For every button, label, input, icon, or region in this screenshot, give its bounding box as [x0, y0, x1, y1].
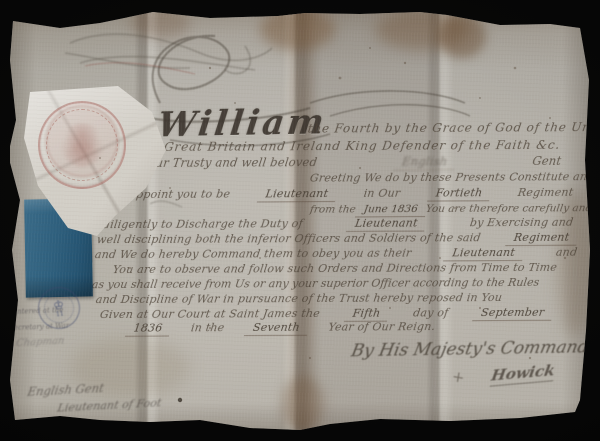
engraved-text: and — [555, 246, 578, 261]
pen-cross-mark: + — [451, 367, 467, 387]
command-line: By His Majesty's Command — [350, 337, 591, 361]
stain — [260, 8, 335, 50]
stain — [438, 14, 486, 58]
engraved-text: by Exercising and — [469, 216, 574, 232]
engraved-text: in the — [190, 321, 225, 336]
manuscript-insertion: English — [393, 154, 456, 170]
engraved-text: diligently to Discharge the Duty of — [102, 217, 304, 233]
engraved-text: Year of Our Reign. — [327, 320, 436, 336]
stain — [282, 376, 324, 434]
engraved-text: from the — [309, 203, 357, 217]
commission-text-line: 1836 in the Seventh Year of Our Reign. — [104, 320, 436, 337]
manuscript-insertion: Fortieth — [427, 186, 492, 201]
manuscript-insertion: Seventh — [244, 321, 309, 336]
engraved-text: of Great Britain and Ireland King Defend… — [145, 138, 561, 154]
photo-background: William the Fourth by the Grace of God o… — [0, 0, 600, 441]
endorsement-line-2: Lieutenant of Foot — [56, 396, 162, 414]
embossed-royal-seal — [38, 101, 126, 189]
clerk-signature: Chapman — [15, 336, 65, 350]
manuscript-insertion: Lieutenant — [346, 217, 427, 232]
engraved-text — [104, 322, 106, 337]
engraved-text: and We do hereby Command them to obey yo… — [94, 247, 412, 264]
crown-icon: ♔ — [52, 298, 64, 311]
engraved-text: the Fourth by the Grace of God of the Un… — [307, 120, 600, 136]
commission-text-line: Appoint you to be Lieutenant in Our Fort… — [127, 186, 574, 203]
commission-text-line: Our Trusty and well beloved English Gent — [145, 154, 562, 172]
commission-document: William the Fourth by the Grace of God o… — [10, 8, 592, 434]
manuscript-insertion: Lieutenant — [443, 246, 524, 261]
commission-text-line: You are to observe and follow such Order… — [112, 261, 576, 276]
engraved-text: You are to observe and follow such Order… — [112, 261, 558, 276]
manuscript-insertion: 1836 — [124, 322, 171, 337]
commission-text-line: the Fourth by the Grace of God of the Un… — [307, 120, 571, 135]
commission-text-line: and Discipline of War in pursuance of th… — [95, 291, 559, 306]
engraved-text: Gent — [531, 154, 562, 170]
commission-text-line: as you shall receive from Us or any your… — [91, 276, 579, 292]
engraved-text: Regiment — [517, 186, 574, 201]
manuscript-insertion: Regiment — [505, 231, 578, 246]
commission-text-line: of Great Britain and Ireland King Defend… — [145, 138, 567, 154]
engraved-text: as you shall receive from Us or any your… — [91, 276, 540, 291]
commission-text-line: Greeting We do by these Presents Constit… — [309, 170, 573, 184]
stain — [130, 8, 190, 38]
stain — [375, 10, 470, 50]
engraved-text: Greeting We do by these Presents Constit… — [309, 170, 595, 184]
manuscript-insertion: September — [472, 306, 553, 321]
endorsement-line-1: English Gent — [27, 381, 105, 399]
manuscript-insertion: Lieutenant — [256, 187, 337, 202]
stamp-numeral: 11 — [56, 311, 64, 318]
engraved-text: and Discipline of War in pursuance of th… — [95, 291, 503, 306]
engraved-text: in Our — [363, 187, 402, 202]
engraved-text: Our Trusty and well beloved — [145, 155, 318, 172]
manuscript-insertion: June 1836 — [355, 203, 427, 217]
secretary-signature: Howick — [490, 361, 556, 384]
